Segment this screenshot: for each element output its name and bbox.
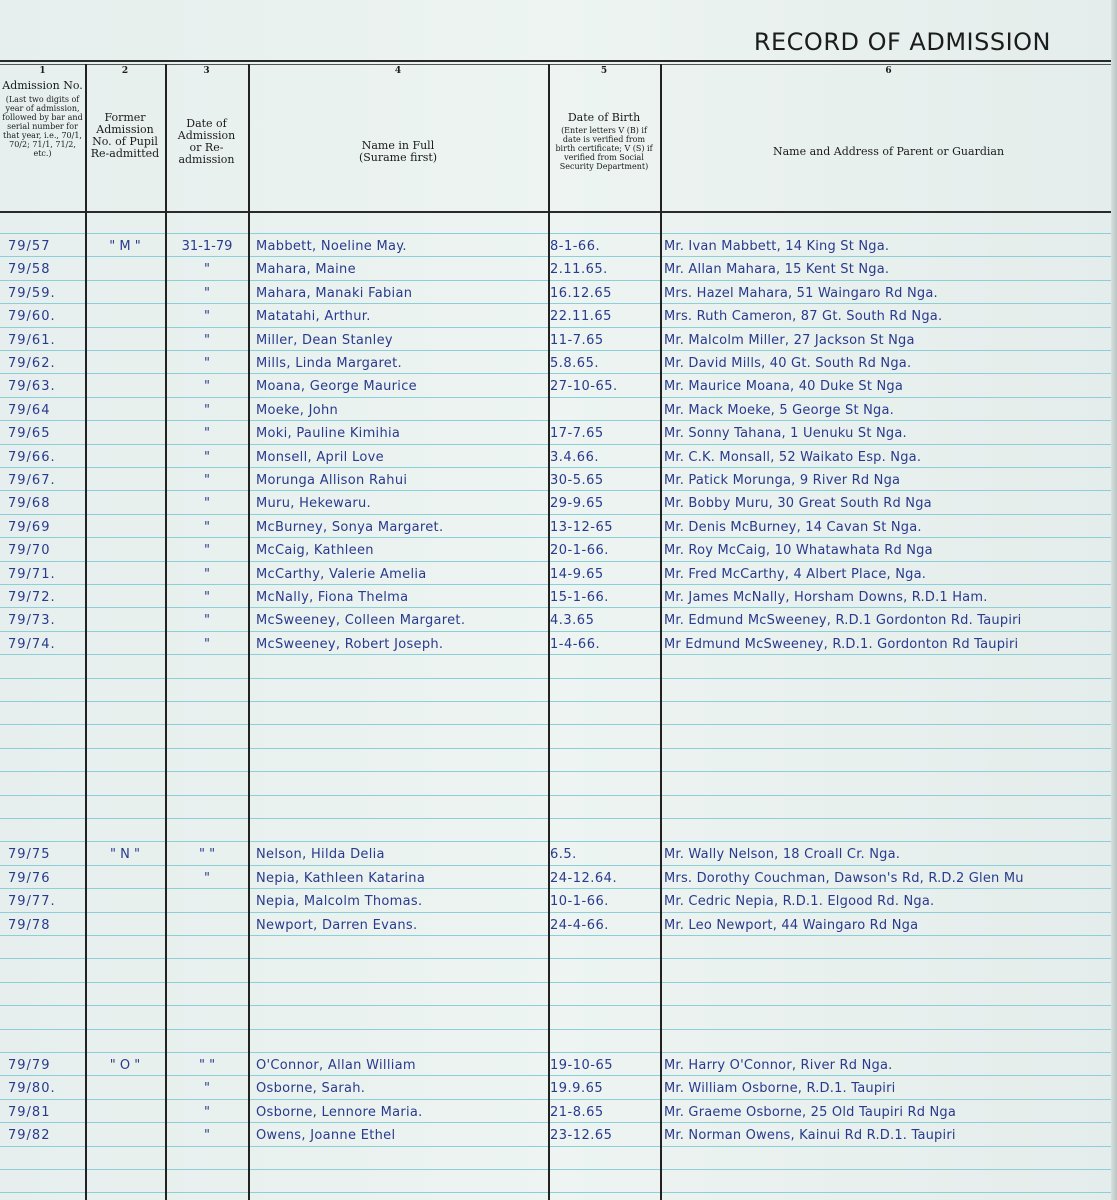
col-label: Date of Birth <box>548 112 660 124</box>
table-row: 79/73."McSweeney, Colleen Margaret.4.3.6… <box>0 608 1117 631</box>
table-row: 79/79" O "" "O'Connor, Allan William19-1… <box>0 1053 1117 1076</box>
parent-guardian: Mr. Edmund McSweeney, R.D.1 Gordonton Rd… <box>664 613 1114 628</box>
date-of-birth: 3.4.66. <box>550 450 660 465</box>
col-number: 5 <box>548 66 660 76</box>
date-of-admission: " <box>166 450 248 465</box>
date-of-birth: 27-10-65. <box>550 379 660 394</box>
date-of-birth: 13-12-65 <box>550 520 660 535</box>
table-row: 79/71."McCarthy, Valerie Amelia14-9.65Mr… <box>0 562 1117 585</box>
header-rule <box>0 60 1117 62</box>
page-title: RECORD OF ADMISSION <box>754 28 1051 56</box>
admission-no: 79/78 <box>8 918 84 933</box>
col-header-date-of-admission: 3 Date of Admission or Re-admission <box>165 64 248 211</box>
date-of-admission: " <box>166 1128 248 1143</box>
ruled-line <box>0 795 1117 796</box>
date-of-birth: 5.8.65. <box>550 356 660 371</box>
admission-no: 79/63. <box>8 379 84 394</box>
full-name: Mahara, Manaki Fabian <box>256 286 548 301</box>
table-row: 79/81"Osborne, Lennore Maria.21-8.65Mr. … <box>0 1100 1117 1123</box>
full-name: Mahara, Maine <box>256 262 548 277</box>
full-name: Owens, Joanne Ethel <box>256 1128 548 1143</box>
ruled-line <box>0 701 1117 702</box>
full-name: Osborne, Sarah. <box>256 1081 548 1096</box>
date-of-birth: 8-1-66. <box>550 239 660 254</box>
admission-no: 79/70 <box>8 543 84 558</box>
parent-guardian: Mr. Fred McCarthy, 4 Albert Place, Nga. <box>664 567 1114 582</box>
date-of-admission: " <box>166 473 248 488</box>
admission-no: 79/79 <box>8 1058 84 1073</box>
table-row: 79/60."Matatahi, Arthur.22.11.65Mrs. Rut… <box>0 304 1117 327</box>
admission-no: 79/64 <box>8 403 84 418</box>
admission-no: 79/68 <box>8 496 84 511</box>
date-of-birth: 24-4-66. <box>550 918 660 933</box>
col-number: 6 <box>660 66 1117 76</box>
date-of-admission: " <box>166 333 248 348</box>
date-of-admission: " <box>166 309 248 324</box>
col-header-admission-no: 1 Admission No. (Last two digits of year… <box>0 64 85 211</box>
admission-no: 79/61. <box>8 333 84 348</box>
admission-no: 79/58 <box>8 262 84 277</box>
parent-guardian: Mr. Bobby Muru, 30 Great South Rd Nga <box>664 496 1114 511</box>
parent-guardian: Mr. Norman Owens, Kainui Rd R.D.1. Taupi… <box>664 1128 1114 1143</box>
parent-guardian: Mr. Harry O'Connor, River Rd Nga. <box>664 1058 1114 1073</box>
date-of-birth: 21-8.65 <box>550 1105 660 1120</box>
full-name: Osborne, Lennore Maria. <box>256 1105 548 1120</box>
table-row: 79/82"Owens, Joanne Ethel23-12.65Mr. Nor… <box>0 1123 1117 1146</box>
full-name: Mabbett, Noeline May. <box>256 239 548 254</box>
parent-guardian: Mr. Sonny Tahana, 1 Uenuku St Nga. <box>664 426 1114 441</box>
date-of-admission: " <box>166 543 248 558</box>
parent-guardian: Mr. Wally Nelson, 18 Croall Cr. Nga. <box>664 847 1114 862</box>
table-row: 79/57" M "31-1-79Mabbett, Noeline May.8-… <box>0 234 1117 257</box>
date-of-birth: 23-12.65 <box>550 1128 660 1143</box>
table-row: 79/75" N "" "Nelson, Hilda Delia6.5.Mr. … <box>0 842 1117 865</box>
full-name: McCaig, Kathleen <box>256 543 548 558</box>
full-name: McCarthy, Valerie Amelia <box>256 567 548 582</box>
parent-guardian: Mrs. Hazel Mahara, 51 Waingaro Rd Nga. <box>664 286 1114 301</box>
col-label: Former Admission No. of Pupil Re-admitte… <box>85 112 165 160</box>
date-of-admission: 31-1-79 <box>166 239 248 254</box>
full-name: Monsell, April Love <box>256 450 548 465</box>
full-name: McBurney, Sonya Margaret. <box>256 520 548 535</box>
former-admission-no: " O " <box>86 1058 164 1073</box>
table-row: 79/64"Moeke, JohnMr. Mack Moeke, 5 Georg… <box>0 398 1117 421</box>
date-of-admission: " <box>166 403 248 418</box>
parent-guardian: Mr. Malcolm Miller, 27 Jackson St Nga <box>664 333 1114 348</box>
col-note: (Last two digits of year of admission, f… <box>0 95 85 158</box>
date-of-admission: " <box>166 262 248 277</box>
date-of-admission: " <box>166 356 248 371</box>
former-admission-no: " M " <box>86 239 164 254</box>
admission-no: 79/82 <box>8 1128 84 1143</box>
full-name: Moeke, John <box>256 403 548 418</box>
date-of-admission: " <box>166 1081 248 1096</box>
admission-no: 79/57 <box>8 239 84 254</box>
parent-guardian: Mr. Patick Morunga, 9 River Rd Nga <box>664 473 1114 488</box>
date-of-birth: 19.9.65 <box>550 1081 660 1096</box>
ruled-line <box>0 982 1117 983</box>
date-of-birth: 2.11.65. <box>550 262 660 277</box>
ruled-line <box>0 1169 1117 1170</box>
full-name: Nepia, Kathleen Katarina <box>256 871 548 886</box>
date-of-admission: " <box>166 520 248 535</box>
full-name: McSweeney, Robert Joseph. <box>256 637 548 652</box>
table-row: 79/68"Muru, Hekewaru.29-9.65Mr. Bobby Mu… <box>0 491 1117 514</box>
date-of-birth: 16.12.65 <box>550 286 660 301</box>
admission-no: 79/81 <box>8 1105 84 1120</box>
col-header-name-in-full: 4 Name in Full (Surame first) <box>248 64 548 211</box>
date-of-admission: " <box>166 379 248 394</box>
admission-no: 79/59. <box>8 286 84 301</box>
full-name: Muru, Hekewaru. <box>256 496 548 511</box>
admission-no: 79/62. <box>8 356 84 371</box>
col-label: Name and Address of Parent or Guardian <box>660 146 1117 158</box>
full-name: Matatahi, Arthur. <box>256 309 548 324</box>
date-of-birth: 14-9.65 <box>550 567 660 582</box>
table-row: 79/63."Moana, George Maurice27-10-65.Mr.… <box>0 374 1117 397</box>
full-name: McSweeney, Colleen Margaret. <box>256 613 548 628</box>
col-number: 2 <box>85 66 165 76</box>
ruled-line <box>0 1146 1117 1147</box>
parent-guardian: Mrs. Dorothy Couchman, Dawson's Rd, R.D.… <box>664 871 1114 886</box>
full-name: Morunga Allison Rahui <box>256 473 548 488</box>
table-row: 79/76"Nepia, Kathleen Katarina24-12.64.M… <box>0 866 1117 889</box>
admission-no: 79/73. <box>8 613 84 628</box>
ruled-line <box>0 818 1117 819</box>
col-note: (Surame first) <box>248 152 548 164</box>
date-of-birth: 4.3.65 <box>550 613 660 628</box>
admission-no: 79/74. <box>8 637 84 652</box>
table-row: 79/65"Moki, Pauline Kimihia17-7.65Mr. So… <box>0 421 1117 444</box>
parent-guardian: Mr. C.K. Monsall, 52 Waikato Esp. Nga. <box>664 450 1114 465</box>
table-row: 79/67."Morunga Allison Rahui30-5.65Mr. P… <box>0 468 1117 491</box>
parent-guardian: Mr. Mack Moeke, 5 George St Nga. <box>664 403 1114 418</box>
full-name: Nepia, Malcolm Thomas. <box>256 894 548 909</box>
table-row: 79/58"Mahara, Maine2.11.65.Mr. Allan Mah… <box>0 257 1117 280</box>
full-name: Moana, George Maurice <box>256 379 548 394</box>
admission-no: 79/66. <box>8 450 84 465</box>
col-label: Date of Admission or Re-admission <box>165 118 248 166</box>
date-of-admission: " <box>166 567 248 582</box>
full-name: Newport, Darren Evans. <box>256 918 548 933</box>
date-of-admission: " <box>166 426 248 441</box>
parent-guardian: Mr. William Osborne, R.D.1. Taupiri <box>664 1081 1114 1096</box>
header-bottom-rule <box>0 211 1117 213</box>
ledger-page: RECORD OF ADMISSION 1 Admission No. (Las… <box>0 0 1117 1200</box>
date-of-admission: " " <box>166 847 248 862</box>
full-name: O'Connor, Allan William <box>256 1058 548 1073</box>
full-name: Nelson, Hilda Delia <box>256 847 548 862</box>
parent-guardian: Mr. Allan Mahara, 15 Kent St Nga. <box>664 262 1114 277</box>
col-header-parent-guardian: 6 Name and Address of Parent or Guardian <box>660 64 1117 211</box>
ruled-line <box>0 724 1117 725</box>
date-of-birth: 20-1-66. <box>550 543 660 558</box>
table-row: 79/70"McCaig, Kathleen20-1-66.Mr. Roy Mc… <box>0 538 1117 561</box>
table-row: 79/77.Nepia, Malcolm Thomas.10-1-66.Mr. … <box>0 889 1117 912</box>
col-number: 3 <box>165 66 248 76</box>
ruled-line <box>0 771 1117 772</box>
admission-no: 79/72. <box>8 590 84 605</box>
col-header-former-admission: 2 Former Admission No. of Pupil Re-admit… <box>85 64 165 211</box>
parent-guardian: Mr. Cedric Nepia, R.D.1. Elgood Rd. Nga. <box>664 894 1114 909</box>
admission-no: 79/71. <box>8 567 84 582</box>
page-edge <box>1111 0 1117 1200</box>
parent-guardian: Mr. Leo Newport, 44 Waingaro Rd Nga <box>664 918 1114 933</box>
table-row: 79/66."Monsell, April Love3.4.66.Mr. C.K… <box>0 445 1117 468</box>
date-of-birth: 30-5.65 <box>550 473 660 488</box>
ruled-line <box>0 958 1117 959</box>
full-name: Miller, Dean Stanley <box>256 333 548 348</box>
col-header-date-of-birth: 5 Date of Birth (Enter letters V (B) if … <box>548 64 660 211</box>
admission-no: 79/75 <box>8 847 84 862</box>
date-of-birth: 19-10-65 <box>550 1058 660 1073</box>
col-number: 1 <box>0 66 85 76</box>
table-row: 79/62."Mills, Linda Margaret.5.8.65.Mr. … <box>0 351 1117 374</box>
full-name: Moki, Pauline Kimihia <box>256 426 548 441</box>
admission-no: 79/77. <box>8 894 84 909</box>
date-of-birth: 17-7.65 <box>550 426 660 441</box>
date-of-birth: 22.11.65 <box>550 309 660 324</box>
ruled-line <box>0 1029 1117 1030</box>
table-row: 79/74."McSweeney, Robert Joseph.1-4-66.M… <box>0 632 1117 655</box>
parent-guardian: Mrs. Ruth Cameron, 87 Gt. South Rd Nga. <box>664 309 1114 324</box>
date-of-birth: 6.5. <box>550 847 660 862</box>
parent-guardian: Mr. Roy McCaig, 10 Whatawhata Rd Nga <box>664 543 1114 558</box>
ruled-line <box>0 748 1117 749</box>
table-row: 79/80."Osborne, Sarah.19.9.65Mr. William… <box>0 1076 1117 1099</box>
col-number: 4 <box>248 66 548 76</box>
admission-no: 79/76 <box>8 871 84 886</box>
date-of-admission: " <box>166 637 248 652</box>
parent-guardian: Mr Edmund McSweeney, R.D.1. Gordonton Rd… <box>664 637 1114 652</box>
parent-guardian: Mr. David Mills, 40 Gt. South Rd Nga. <box>664 356 1114 371</box>
ruled-line <box>0 1192 1117 1193</box>
date-of-birth: 15-1-66. <box>550 590 660 605</box>
date-of-birth: 10-1-66. <box>550 894 660 909</box>
parent-guardian: Mr. James McNally, Horsham Downs, R.D.1 … <box>664 590 1114 605</box>
admission-no: 79/67. <box>8 473 84 488</box>
date-of-birth: 24-12.64. <box>550 871 660 886</box>
col-label: Admission No. <box>0 80 85 92</box>
date-of-admission: " <box>166 590 248 605</box>
date-of-birth: 1-4-66. <box>550 637 660 652</box>
admission-no: 79/69 <box>8 520 84 535</box>
date-of-birth: 11-7.65 <box>550 333 660 348</box>
parent-guardian: Mr. Graeme Osborne, 25 Old Taupiri Rd Ng… <box>664 1105 1114 1120</box>
date-of-admission: " <box>166 286 248 301</box>
date-of-admission: " <box>166 613 248 628</box>
date-of-admission: " <box>166 1105 248 1120</box>
table-row: 79/72."McNally, Fiona Thelma15-1-66.Mr. … <box>0 585 1117 608</box>
table-row: 79/78Newport, Darren Evans.24-4-66.Mr. L… <box>0 913 1117 936</box>
full-name: McNally, Fiona Thelma <box>256 590 548 605</box>
date-of-admission: " <box>166 496 248 511</box>
ruled-line <box>0 678 1117 679</box>
parent-guardian: Mr. Denis McBurney, 14 Cavan St Nga. <box>664 520 1114 535</box>
ruled-line <box>0 1005 1117 1006</box>
table-row: 79/61."Miller, Dean Stanley11-7.65Mr. Ma… <box>0 328 1117 351</box>
full-name: Mills, Linda Margaret. <box>256 356 548 371</box>
date-of-admission: " <box>166 871 248 886</box>
table-row: 79/69"McBurney, Sonya Margaret.13-12-65M… <box>0 515 1117 538</box>
admission-no: 79/80. <box>8 1081 84 1096</box>
date-of-birth: 29-9.65 <box>550 496 660 511</box>
date-of-admission: " " <box>166 1058 248 1073</box>
col-note: (Enter letters V (B) if date is verified… <box>548 126 660 171</box>
admission-no: 79/60. <box>8 309 84 324</box>
table-row: 79/59."Mahara, Manaki Fabian16.12.65Mrs.… <box>0 281 1117 304</box>
admission-no: 79/65 <box>8 426 84 441</box>
former-admission-no: " N " <box>86 847 164 862</box>
parent-guardian: Mr. Maurice Moana, 40 Duke St Nga <box>664 379 1114 394</box>
parent-guardian: Mr. Ivan Mabbett, 14 King St Nga. <box>664 239 1114 254</box>
